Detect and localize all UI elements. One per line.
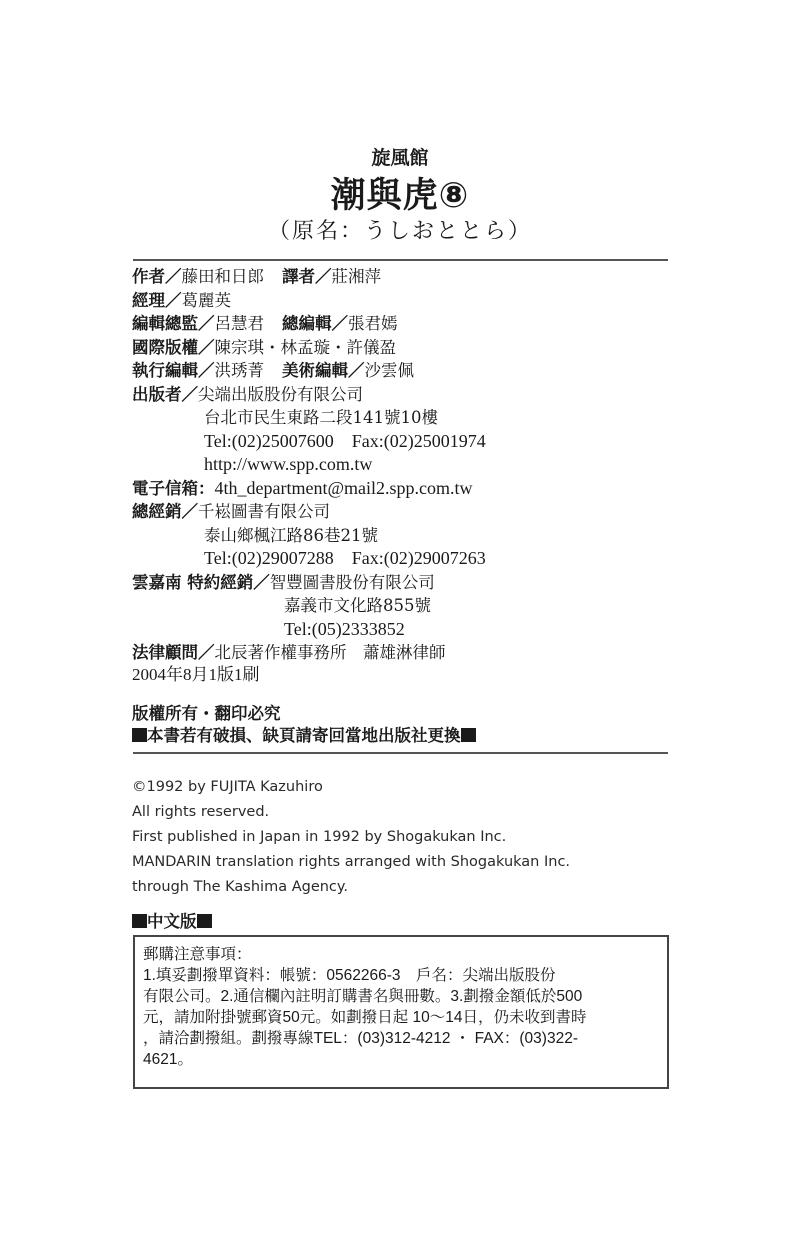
rights-reserved-line: All rights reserved. xyxy=(132,800,570,825)
credit-row-exec-editor: 執行編輯／洪琇菁美術編輯／沙雲佩 xyxy=(132,359,486,383)
label-editorial-director: 編輯總監／ xyxy=(132,314,215,333)
credits-block: 作者／藤田和日郎譯者／莊湘萍 經理／葛麗英 編輯總監／呂慧君總編輯／張君嫣 國際… xyxy=(132,265,486,665)
rights-notice: 版權所有・翻印必究 本書若有破損、缺頁請寄回當地出版社更換 xyxy=(132,703,476,747)
label-exec-editor: 執行編輯／ xyxy=(132,361,215,380)
mail-order-line: 元，請加附掛號郵資50元。如劃撥日起 10～14日，仍未收到書時 xyxy=(143,1007,667,1028)
label-chief-editor: 總編輯／ xyxy=(282,314,348,333)
value-manager: 葛麗英 xyxy=(182,291,232,310)
divider-top xyxy=(133,259,668,261)
first-published-line: First published in Japan in 1992 by Shog… xyxy=(132,825,570,850)
mail-order-line: 4621。 xyxy=(143,1049,667,1070)
publisher-address: 台北市民生東路二段141號10樓 xyxy=(132,406,486,430)
print-date: 2004年8月1版1刷 xyxy=(132,660,260,685)
book-title: 潮與虎⑧ xyxy=(0,168,800,218)
rights-notice-line1: 版權所有・翻印必究 xyxy=(132,703,476,725)
label-intl-rights: 國際版權／ xyxy=(132,338,215,357)
credit-row-intl-rights: 國際版權／陳宗琪・林孟璇・許儀盈 xyxy=(132,336,486,360)
label-author: 作者／ xyxy=(132,267,182,286)
mail-order-line: 有限公司。2.通信欄內註明訂購書名與冊數。3.劃撥金額低於500 xyxy=(143,986,667,1007)
mail-order-heading: 郵購注意事項： xyxy=(143,944,667,965)
credit-row-author: 作者／藤田和日郎譯者／莊湘萍 xyxy=(132,265,486,289)
credit-row-manager: 經理／葛麗英 xyxy=(132,289,486,313)
regional-distributor-row: 雲嘉南 特約經銷／智豐圖書股份有限公司 xyxy=(132,571,486,595)
label-regional-distributor: 雲嘉南 特約經銷／ xyxy=(132,573,270,592)
regional-distributor-address: 嘉義市文化路855號 xyxy=(132,594,486,618)
english-rights-block: ©1992 by FUJITA Kazuhiro All rights rese… xyxy=(132,775,570,900)
label-art-editor: 美術編輯／ xyxy=(282,361,365,380)
value-chief-editor: 張君嫣 xyxy=(348,314,398,333)
rights-notice-line2: 本書若有破損、缺頁請寄回當地出版社更換 xyxy=(147,726,461,745)
publisher-row: 出版者／尖端出版股份有限公司 xyxy=(132,383,486,407)
mail-order-line: ，請洽劃撥組。劃撥專線TEL：(03)312-4212 ・ FAX：(03)32… xyxy=(143,1028,667,1049)
black-square-icon xyxy=(132,728,147,742)
regional-distributor-phone: Tel:(05)2333852 xyxy=(132,618,486,642)
distributor-row: 總經銷／千崧圖書有限公司 xyxy=(132,500,486,524)
distributor-phone-fax: Tel:(02)29007288 Fax:(02)29007263 xyxy=(132,547,486,571)
distributor-address: 泰山鄉楓江路86巷21號 xyxy=(132,524,486,548)
email-row: 電子信箱：4th_department@mail2.spp.com.tw xyxy=(132,477,486,501)
credit-row-editorial: 編輯總監／呂慧君總編輯／張君嫣 xyxy=(132,312,486,336)
distributor-name: 千崧圖書有限公司 xyxy=(198,502,330,521)
label-distributor: 總經銷／ xyxy=(132,502,198,521)
email-link[interactable]: 4th_department@mail2.spp.com.tw xyxy=(215,478,473,498)
black-square-icon xyxy=(197,914,212,928)
publisher-phone-fax: Tel:(02)25007600 Fax:(02)25001974 xyxy=(132,430,486,454)
black-square-icon xyxy=(461,728,476,742)
regional-distributor-name: 智豐圖書股份有限公司 xyxy=(270,573,435,592)
agency-line: through The Kashima Agency. xyxy=(132,875,570,900)
divider-middle xyxy=(133,752,668,754)
edition-label: 中文版 xyxy=(147,912,197,931)
original-title: （原名：うしおととら） xyxy=(0,214,800,245)
value-editorial-director: 呂慧君 xyxy=(215,314,265,333)
black-square-icon xyxy=(132,914,147,928)
label-publisher: 出版者／ xyxy=(132,385,198,404)
value-translator: 莊湘萍 xyxy=(332,267,382,286)
publisher-imprint: 旋風館 xyxy=(0,143,800,170)
value-author: 藤田和日郎 xyxy=(182,267,265,286)
label-email: 電子信箱： xyxy=(132,479,215,498)
label-translator: 譯者／ xyxy=(282,267,332,286)
mail-order-line: 1.填妥劃撥單資料：帳號：0562266-3 戶名：尖端出版股份 xyxy=(143,965,667,986)
publisher-website[interactable]: http://www.spp.com.tw xyxy=(132,453,486,477)
edition-label-wrap: 中文版 xyxy=(132,908,212,932)
translation-rights-line: MANDARIN translation rights arranged wit… xyxy=(132,850,570,875)
label-manager: 經理／ xyxy=(132,291,182,310)
rights-notice-line2-wrap: 本書若有破損、缺頁請寄回當地出版社更換 xyxy=(132,725,476,747)
copyright-line: ©1992 by FUJITA Kazuhiro xyxy=(132,775,570,800)
publisher-name: 尖端出版股份有限公司 xyxy=(198,385,363,404)
value-intl-rights: 陳宗琪・林孟璇・許儀盈 xyxy=(215,338,397,357)
mail-order-box: 郵購注意事項： 1.填妥劃撥單資料：帳號：0562266-3 戶名：尖端出版股份… xyxy=(133,935,669,1089)
value-exec-editor: 洪琇菁 xyxy=(215,361,265,380)
value-art-editor: 沙雲佩 xyxy=(365,361,415,380)
